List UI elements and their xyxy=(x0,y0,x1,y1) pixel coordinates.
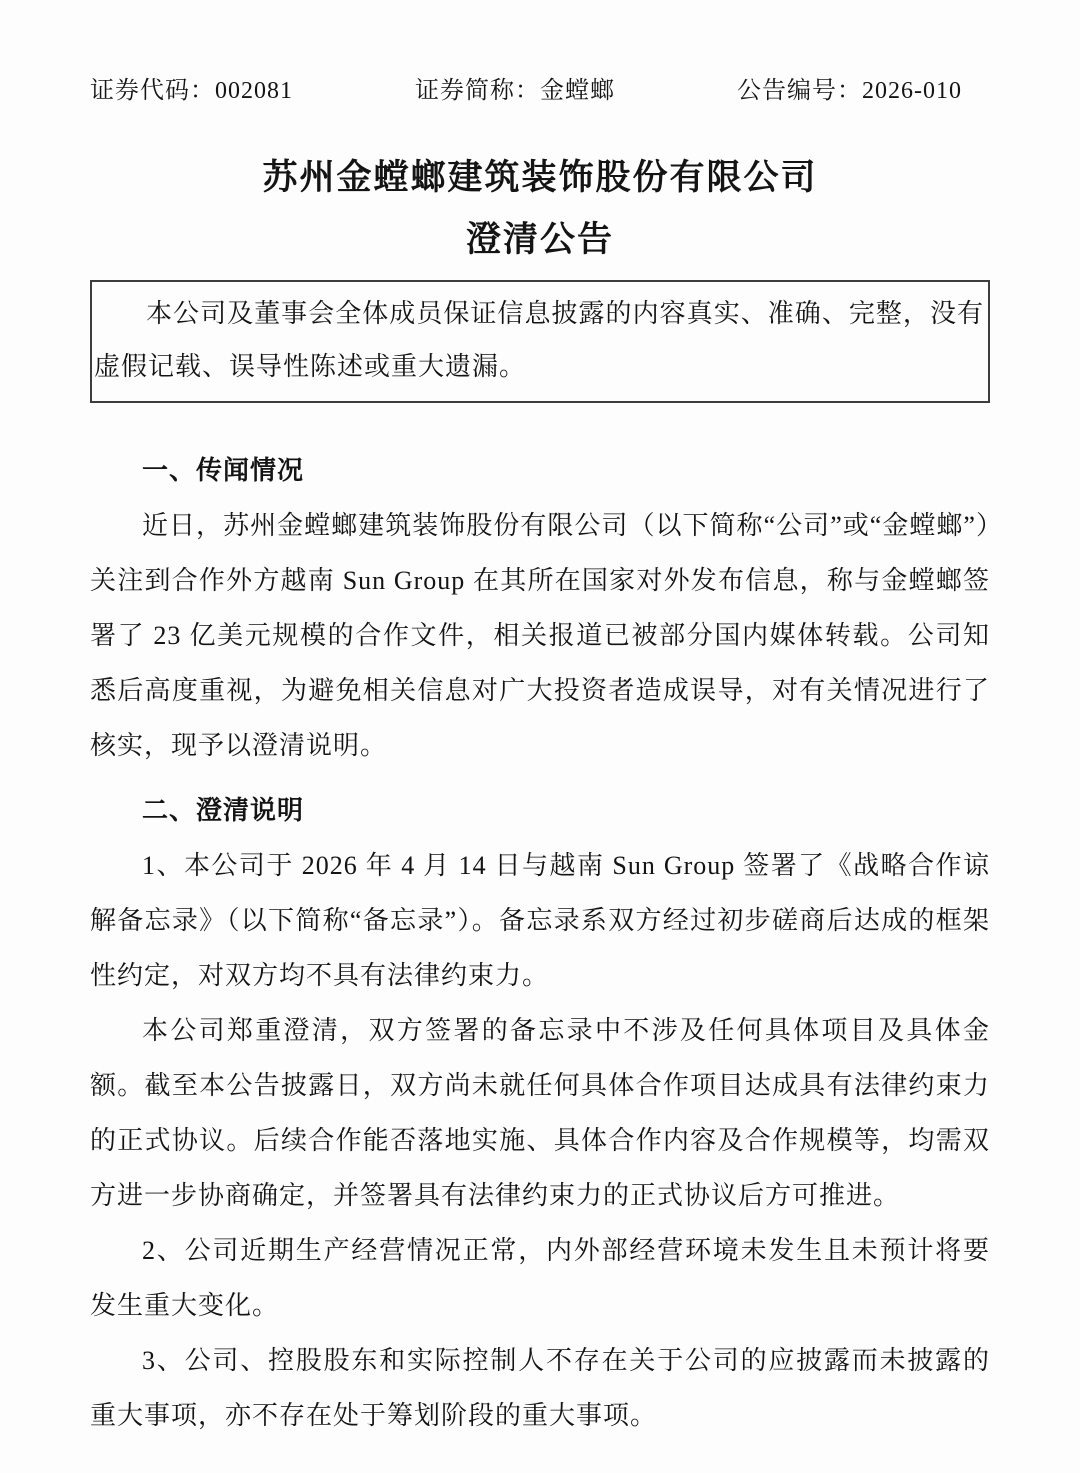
document-header: 证券代码：002081 证券简称：金螳螂 公告编号：2026-010 xyxy=(90,76,990,106)
stock-code-label: 证券代码：002081 xyxy=(90,76,293,106)
announcement-type-title: 澄清公告 xyxy=(90,218,990,262)
section-heading-clarification: 二、澄清说明 xyxy=(90,783,990,838)
board-declaration-text: 本公司及董事会全体成员保证信息披露的内容真实、准确、完整，没有虚假记载、误导性陈… xyxy=(94,287,984,393)
company-name-title: 苏州金螳螂建筑装饰股份有限公司 xyxy=(90,156,990,200)
section-heading-rumor-situation: 一、传闻情况 xyxy=(90,443,990,498)
announcement-number-label: 公告编号：2026-010 xyxy=(737,76,962,106)
clarification-paragraph-2: 本公司郑重澄清，双方签署的备忘录中不涉及任何具体项目及具体金额。截至本公告披露日… xyxy=(90,1003,990,1223)
board-declaration-box: 本公司及董事会全体成员保证信息披露的内容真实、准确、完整，没有虚假记载、误导性陈… xyxy=(90,280,990,403)
rumor-situation-paragraph: 近日，苏州金螳螂建筑装饰股份有限公司（以下简称“公司”或“金螳螂”）关注到合作外… xyxy=(90,498,990,773)
clarification-paragraph-1: 1、本公司于 2026 年 4 月 14 日与越南 Sun Group 签署了《… xyxy=(90,838,990,1003)
clarification-paragraph-3: 2、公司近期生产经营情况正常，内外部经营环境未发生且未预计将要发生重大变化。 xyxy=(90,1223,990,1333)
stock-short-name-label: 证券简称：金螳螂 xyxy=(415,76,615,106)
announcement-document-page: 证券代码：002081 证券简称：金螳螂 公告编号：2026-010 苏州金螳螂… xyxy=(0,0,1080,1473)
clarification-paragraph-4: 3、公司、控股股东和实际控制人不存在关于公司的应披露而未披露的重大事项，亦不存在… xyxy=(90,1333,990,1443)
